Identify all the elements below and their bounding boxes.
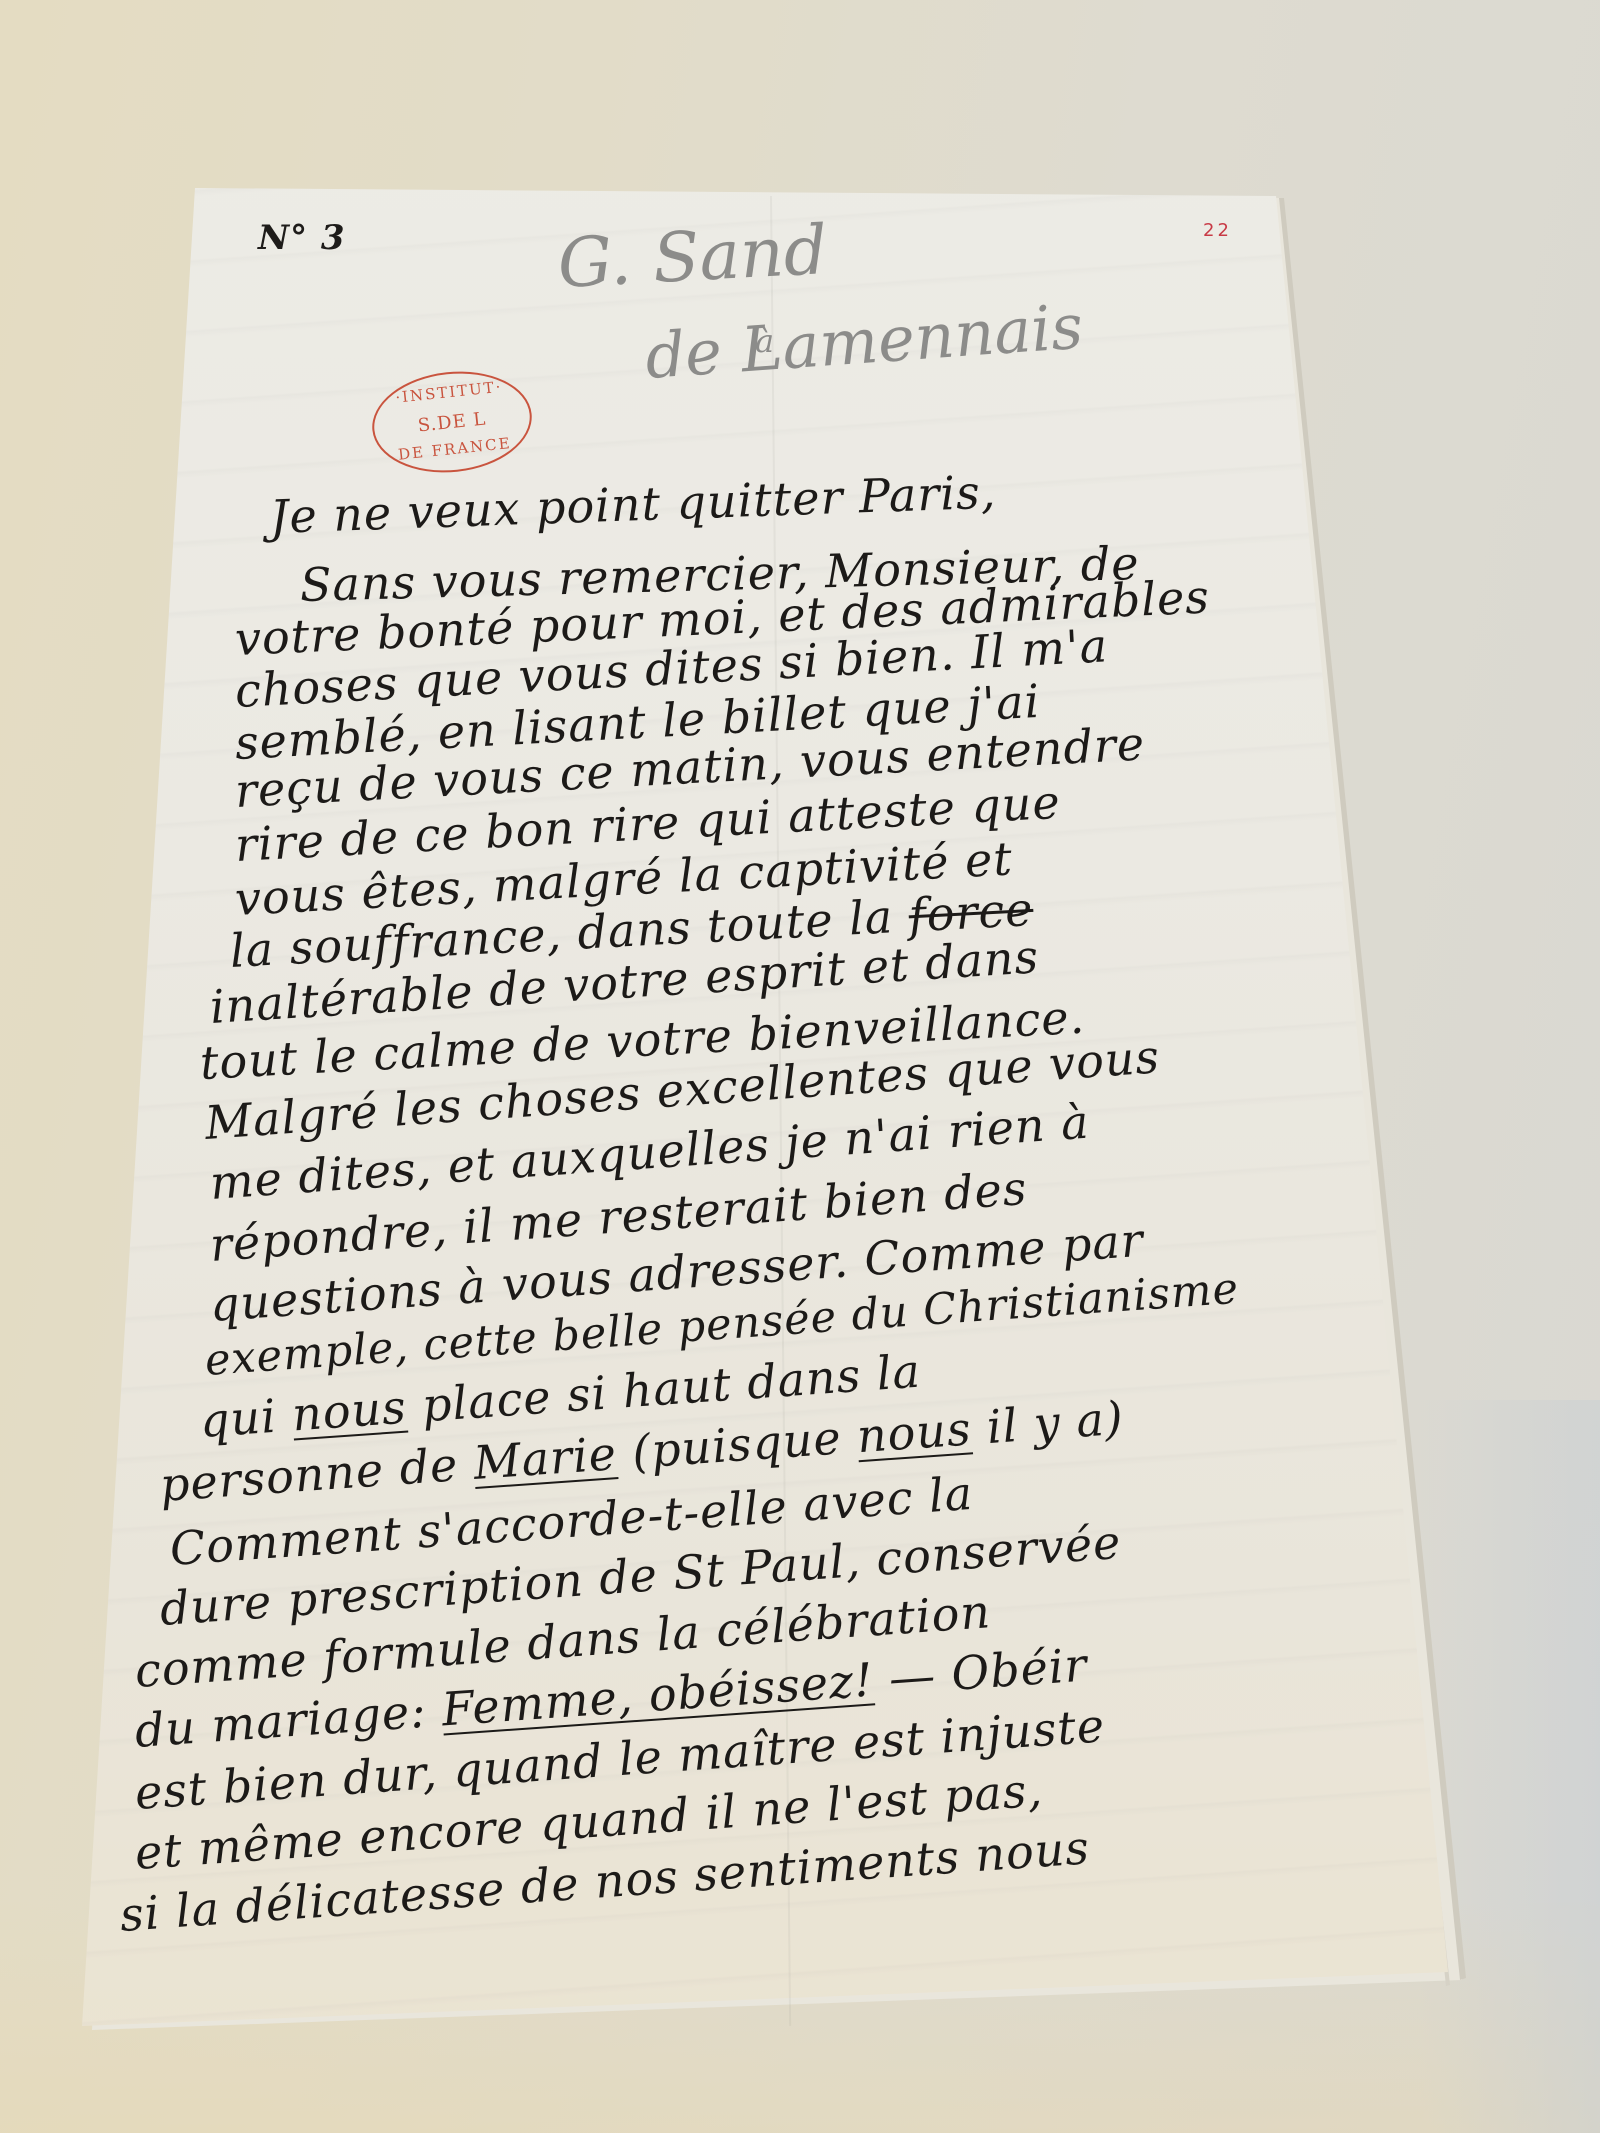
letter-line-18-text-e: il y a) (969, 1391, 1125, 1456)
underlined-word-nous: nous (290, 1380, 408, 1442)
letter-line-22-text-c: — Obéir (872, 1637, 1090, 1706)
underlined-word-nous-2: nous (855, 1401, 973, 1463)
letter-body: Je ne veux point quitter Paris, Sans vou… (0, 0, 1600, 2133)
letter-line-1: Je ne veux point quitter Paris, (269, 465, 997, 544)
letter-line-17-text-a: qui (198, 1388, 294, 1448)
underlined-word-marie: Marie (472, 1426, 619, 1490)
letter-line-18-text-c: (puisque (615, 1409, 859, 1480)
